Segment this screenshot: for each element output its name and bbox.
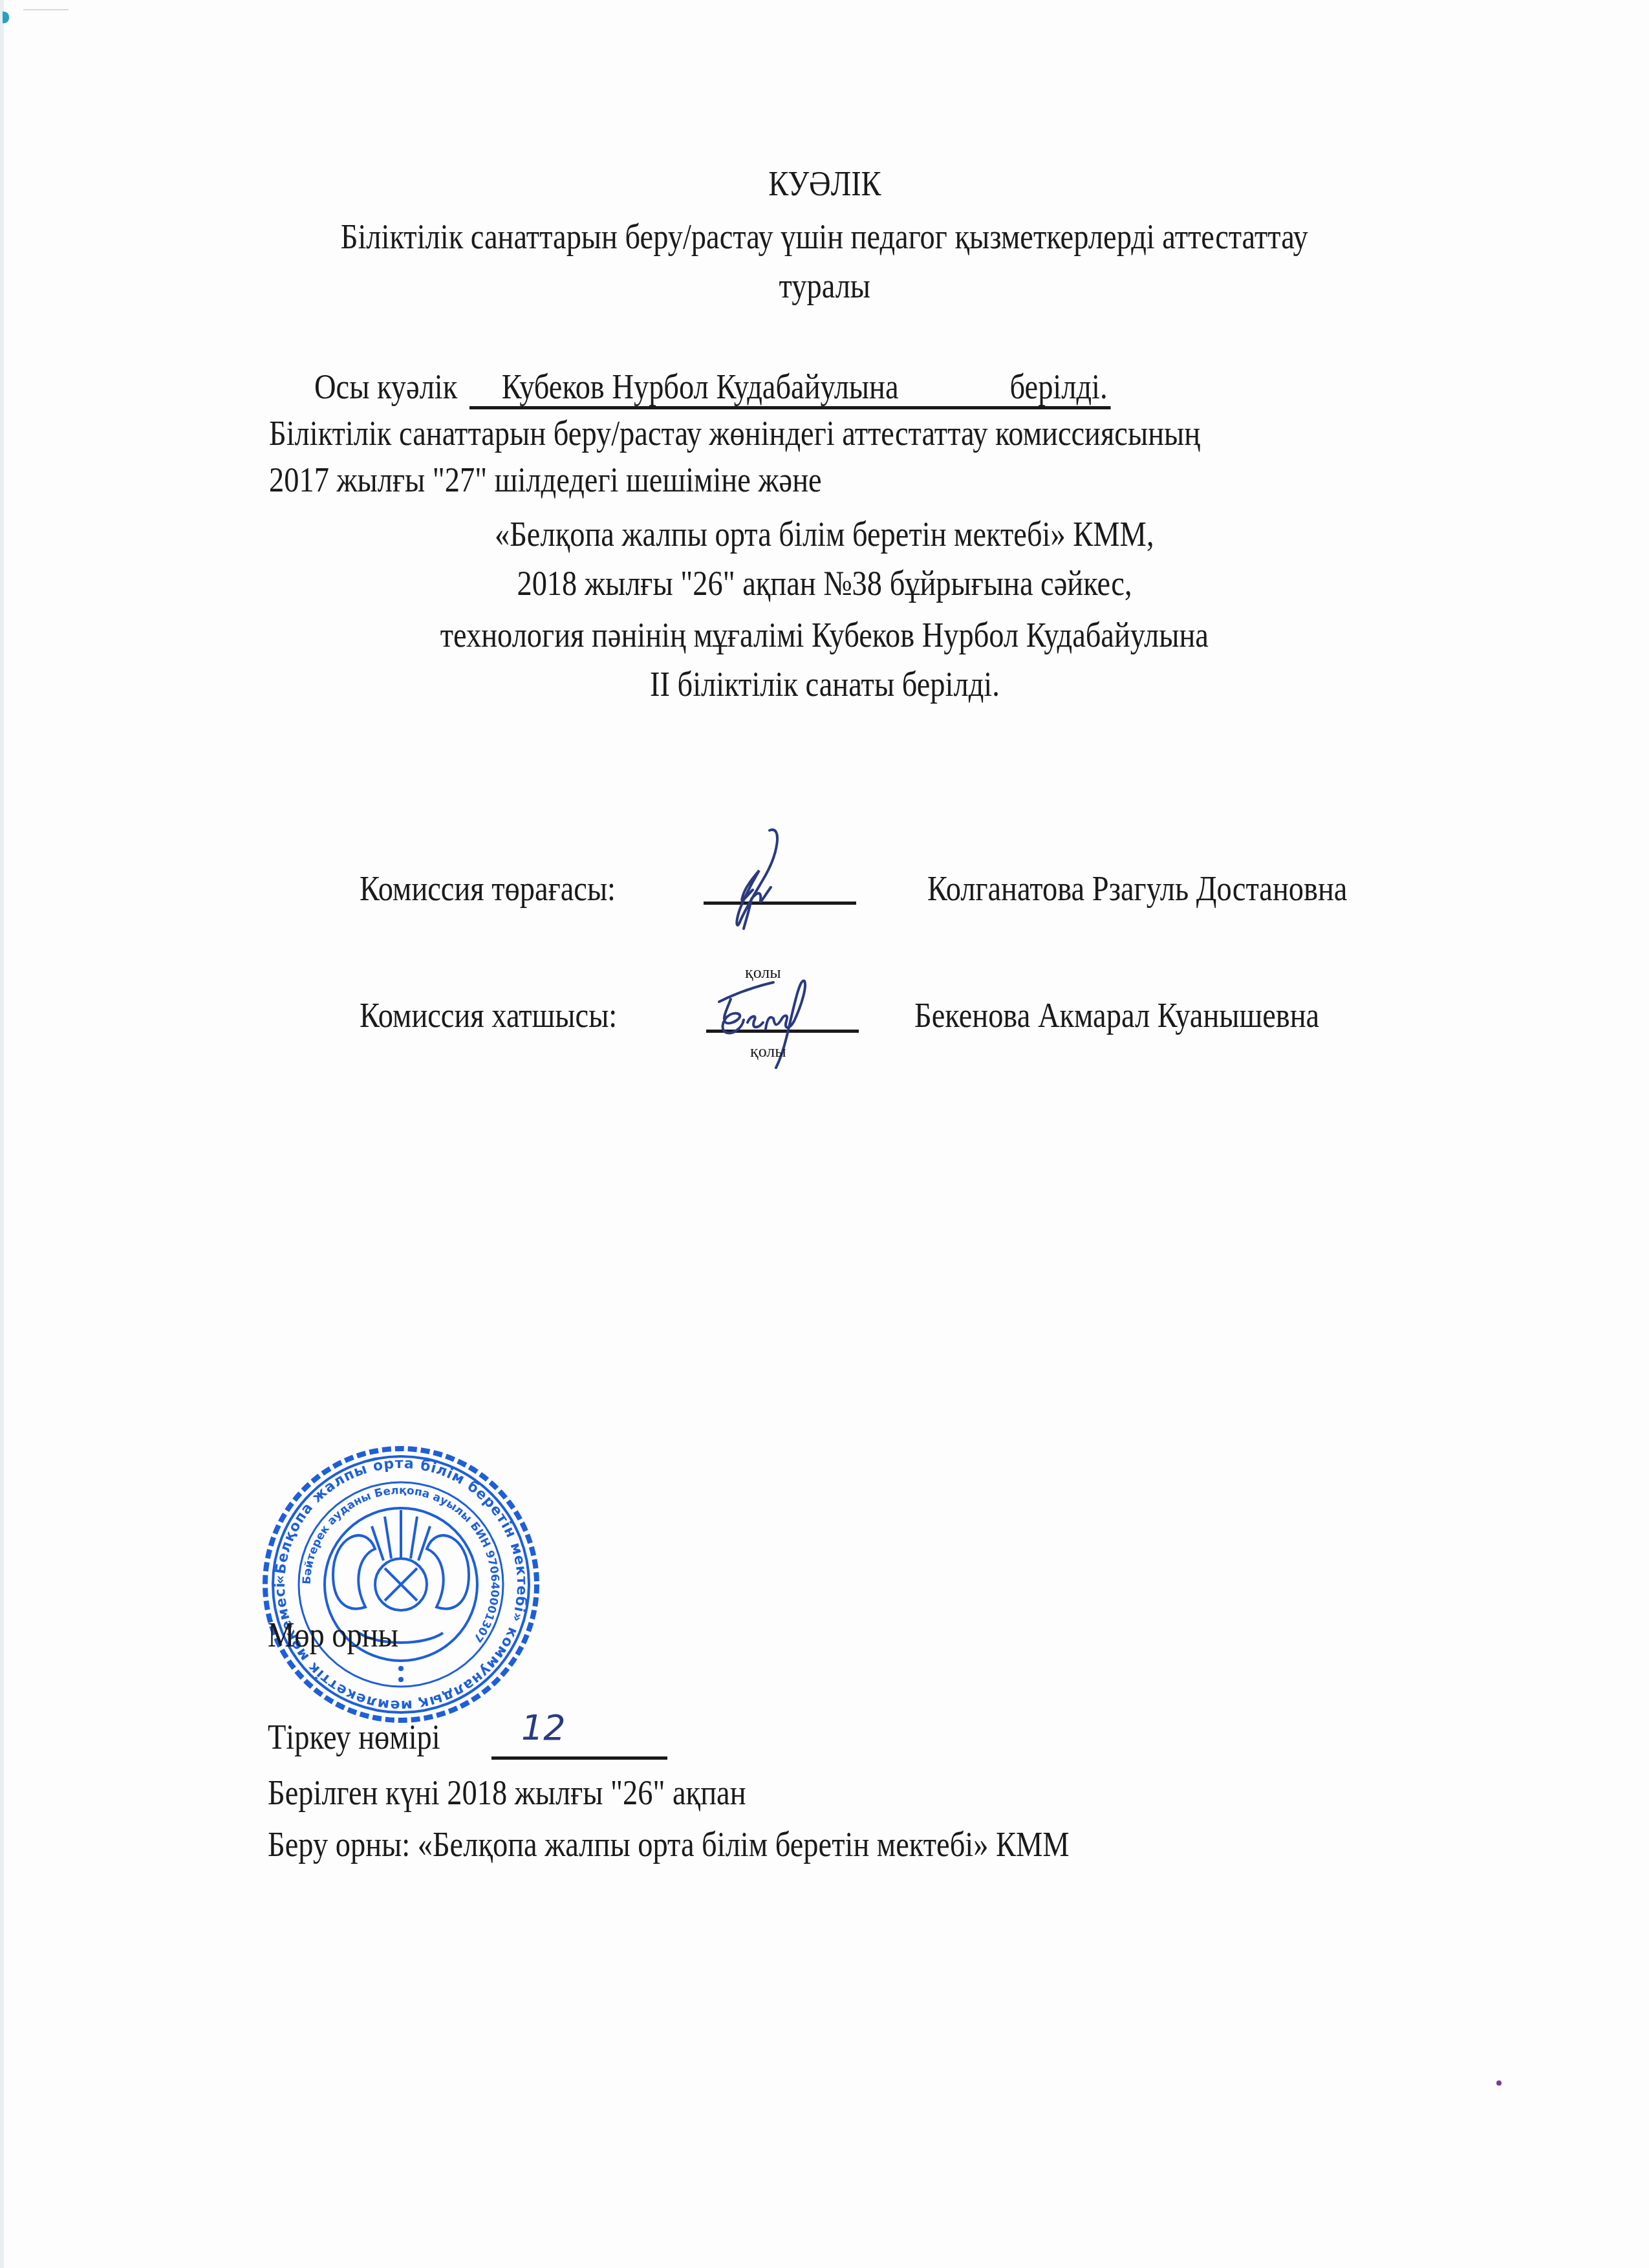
document-title: КУӘЛІК: [0, 164, 1649, 203]
body-line-4: 2018 жылғы "26" ақпан №38 бұйрығына сәйк…: [0, 564, 1649, 603]
scan-edge: [0, 0, 4, 2268]
chairman-name: Колганатова Рзагуль Достановна: [927, 869, 1416, 908]
document-subtitle-cont: туралы: [0, 266, 1649, 305]
chairman-label: Комиссия төрағасы:: [360, 869, 657, 908]
scan-artifact: [3, 12, 9, 23]
registration-number: 12: [521, 1707, 566, 1748]
body-line-3: «Белқопа жалпы орта білім беретін мектеб…: [0, 515, 1649, 554]
secretary-label: Комиссия хатшысы:: [360, 996, 659, 1035]
document-page: КУӘЛІК Біліктілік санаттарын беру/растау…: [0, 0, 1649, 2268]
secretary-name: Бекенова Акмарал Куанышевна: [914, 996, 1385, 1035]
issue-date: Берілген күні 2018 жылғы "26" ақпан: [268, 1773, 824, 1812]
body-line-5: технология пәнінің мұғалімі Кубеков Нурб…: [0, 616, 1649, 654]
issue-place: Беру орны: «Белқопа жалпы орта білім бер…: [268, 1825, 1200, 1864]
registration-number-field: [491, 1756, 667, 1760]
document-subtitle: Біліктілік санаттарын беру/растау үшін п…: [0, 217, 1649, 256]
issued-line: Осы куәлік Кубеков Нурбол Кудабайулынабе…: [314, 367, 1240, 409]
stamp-place-label: Мөр орны: [268, 1615, 420, 1654]
secretary-caption-bottom: қолы: [750, 1042, 786, 1061]
registration-line: Тіркеу нөмірі: [268, 1718, 468, 1756]
chairman-signature: [711, 828, 802, 931]
ink-spot: [1496, 2080, 1502, 2086]
issued-suffix: берілді.: [1010, 367, 1108, 406]
body-line-6: II біліктілік санаты берілді.: [0, 665, 1649, 704]
body-line-1: Біліктілік санаттарын беру/растау жөнінд…: [269, 414, 1352, 453]
recipient-name-field: Кубеков Нурбол Кудабайулынаберілді.: [469, 367, 1111, 409]
scan-artifact: [23, 9, 69, 10]
body-line-2: 2017 жылғы "27" шілдедегі шешіміне және: [269, 460, 912, 499]
issued-prefix: Осы куәлік: [314, 367, 457, 406]
official-seal: «Белқопа жалпы орта білім беретін мектеб…: [262, 1445, 540, 1723]
